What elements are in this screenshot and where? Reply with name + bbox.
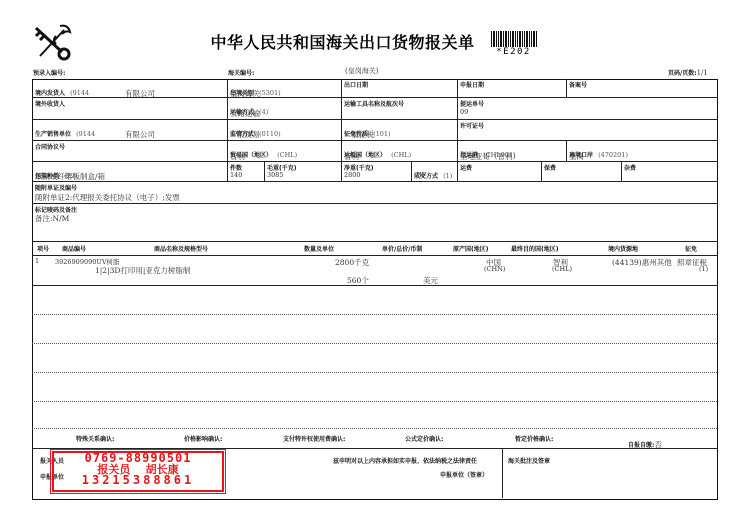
- barcode-text: *E202: [489, 47, 539, 57]
- col-levy: 征免: [685, 244, 697, 253]
- provisional-price-confirm: 暂定价格确认:: [515, 434, 553, 443]
- contract-no-label: 合同协议号: [35, 142, 65, 151]
- declarant-stamp: 0769-88990501 报关员 胡长康 13215388861: [52, 451, 224, 492]
- customs-no-label: 海关编号:: [228, 68, 254, 77]
- declaring-unit-seal: 申报单位（签章）: [440, 470, 488, 479]
- transport-mode-value: 公路运输: [230, 108, 260, 119]
- col-goods-name: 商品名称及规格型号: [154, 244, 208, 253]
- exit-port-value: 皇岗: [569, 151, 584, 162]
- quantity-2: 560个: [347, 275, 369, 286]
- currency: 美元: [423, 275, 438, 286]
- declare-date-label: 申报日期: [460, 80, 484, 89]
- field-code: (101): [373, 130, 390, 138]
- destination-port-value: 圣地亚哥（智利）: [460, 151, 520, 162]
- bill-of-lading-label: 提运单号: [460, 99, 484, 108]
- formula-pricing-confirm: 公式定价确认:: [405, 434, 443, 443]
- attached-docs-label: 随附单证及编号: [35, 183, 77, 192]
- levy-nature-value: 一般征税: [344, 129, 374, 140]
- price-influence-confirm: 价格影响确认:: [184, 434, 222, 443]
- col-destination: 最终目的国(地区): [511, 244, 559, 253]
- goods-spec: 1|2|3D打印用|亚克力树脂制: [95, 265, 190, 276]
- destination-country-value: 智利: [344, 151, 359, 162]
- col-item-no: 项号: [37, 244, 49, 253]
- record-no-label: 备案号: [569, 80, 587, 89]
- domestic-consignor-field: 境内发货人 (9144: [35, 80, 89, 99]
- self-report-value: 否: [654, 440, 662, 449]
- royalty-confirm: 支付特许权使用费确认:: [283, 434, 345, 443]
- pre-entry-label: 预录入编号:: [33, 68, 65, 77]
- marks-remarks-value: 备注:N/M: [35, 213, 69, 224]
- field-code: (9144: [70, 89, 89, 97]
- customs-approval: 海关批注及签章: [508, 456, 550, 465]
- field-code: (4): [259, 108, 268, 116]
- destination-code: (CHL): [552, 265, 572, 273]
- overseas-consignee-label: 境外收货人: [35, 99, 65, 108]
- net-weight-value: 2800: [344, 171, 361, 179]
- field-label: 境内发货人: [35, 90, 65, 97]
- package-type-value: 纸制或纤维板制盒/箱: [35, 171, 105, 182]
- declaration-statement: 兹申明对以上内容承担如实申报、依法纳税之法律责任: [333, 456, 477, 465]
- attached-docs-value: 随附单证2:代理报关委托协议（电子）;发票: [35, 192, 180, 203]
- self-report: 自报自缴:否: [628, 432, 662, 451]
- customs-name: (皇岗海关): [345, 66, 378, 76]
- self-report-label: 自报自缴:: [628, 442, 654, 449]
- col-quantity: 数量及单位: [304, 244, 334, 253]
- page-title: 中华人民共和国海关出口货物报关单 *E202: [0, 30, 749, 57]
- col-origin: 原产国(地区): [453, 244, 489, 253]
- export-date-label: 出口日期: [344, 80, 368, 89]
- col-source: 境内货源地: [608, 244, 638, 253]
- pieces-value: 140: [230, 171, 242, 179]
- trade-country-value: 智利: [230, 151, 245, 162]
- stamp-mobile: 13215388861: [54, 475, 222, 486]
- field-code: (470201): [598, 151, 628, 159]
- domestic-source: (44139)惠州其他: [612, 257, 672, 268]
- domestic-consignor-value: 有限公司: [125, 88, 155, 99]
- item-no: 1: [35, 257, 39, 265]
- field-code: (CHL): [391, 151, 411, 159]
- special-relation-confirm: 特殊关系确认:: [76, 434, 114, 443]
- col-price: 单价/总价/币制: [382, 244, 422, 253]
- hs-code-value: 3926909090: [55, 258, 96, 266]
- gross-weight-value: 3085: [267, 171, 284, 179]
- license-no-label: 许可证号: [460, 121, 484, 130]
- vehicle-voyage-label: 运输工具名称及航次号: [344, 99, 404, 108]
- misc-fee-label: 杂费: [624, 163, 636, 172]
- field-code: (0110): [259, 130, 281, 138]
- field-code: (CHL): [277, 151, 297, 159]
- bill-of-lading-value: 09: [460, 108, 468, 116]
- quantity-1: 2800千克: [335, 257, 369, 268]
- page-indicator: 页码/页数:1/1: [668, 68, 708, 77]
- transaction-mode-value: CIF: [414, 171, 426, 179]
- freight-label: 运费: [460, 163, 472, 172]
- origin-code: (CHN): [484, 265, 505, 273]
- producer-seller-field: 生产销售单位 (9144: [35, 121, 95, 140]
- title-text: 中华人民共和国海关出口货物报关单: [210, 33, 474, 52]
- barcode: *E202: [489, 31, 539, 57]
- exit-customs-value: 皇岗海关: [230, 88, 260, 99]
- field-label: 生产销售单位: [35, 131, 71, 138]
- page-label: 页码/页数:: [668, 70, 697, 77]
- page-value: 1/1: [697, 69, 708, 77]
- field-code: (1): [443, 172, 452, 180]
- levy-code: (1): [699, 265, 708, 273]
- col-hs-code: 商品编号: [62, 244, 86, 253]
- insurance-label: 保费: [544, 163, 556, 172]
- producer-seller-value: 有限公司: [125, 129, 155, 140]
- supervision-mode-value: 一般贸易: [230, 129, 260, 140]
- field-code: (9144: [76, 130, 95, 138]
- field-code: (5301): [259, 89, 281, 97]
